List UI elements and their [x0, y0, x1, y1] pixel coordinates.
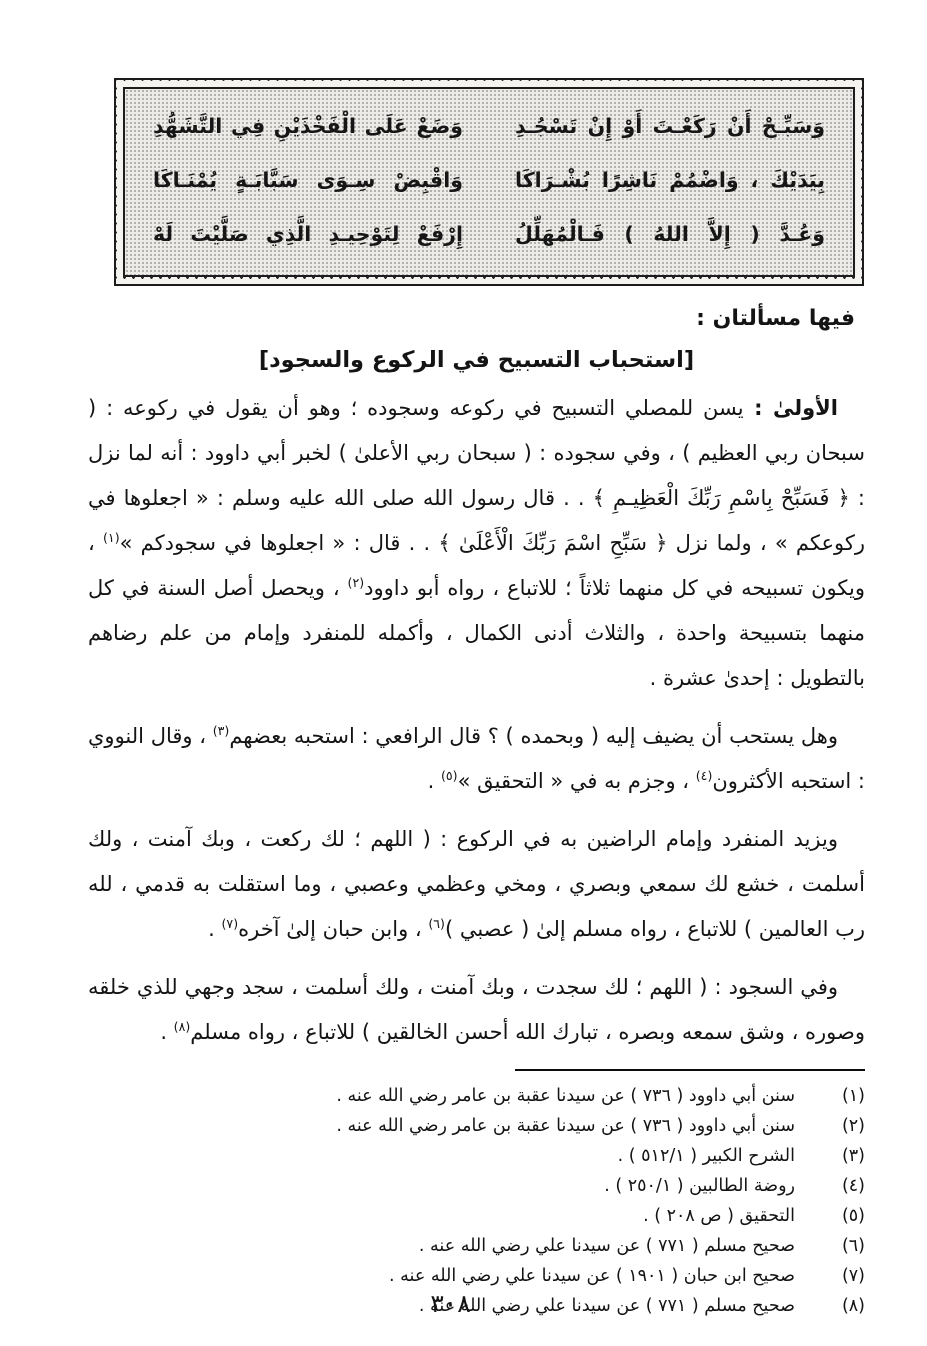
footnote-number: (٧): [819, 1261, 865, 1291]
footnote-row: (١) سنن أبي داوود ( ٧٣٦ ) عن سيدنا عقبة …: [88, 1081, 865, 1111]
footnote-number: (٤): [819, 1171, 865, 1201]
poem-hemistich-right: وَعُـدَّ ( إِلاَّ اللهُ ) فَـالْمُهَلِّل…: [515, 207, 825, 261]
body-paragraph: وفي السجود : ( اللهم ؛ لك سجدت ، وبك آمن…: [88, 965, 865, 1055]
paragraph-text: وفي السجود : ( اللهم ؛ لك سجدت ، وبك آمن…: [88, 975, 865, 1044]
poem-line: وَسَبِّـحْ أَنْ رَكَعْـتَ أَوْ إِنْ تَسْ…: [153, 99, 825, 153]
paragraph-text: وهل يستحب أن يضيف إليه ( وبحمده ) ؟ قال …: [88, 724, 865, 793]
footnote-text: صحيح مسلم ( ٧٧١ ) عن سيدنا علي رضي الله …: [419, 1231, 819, 1261]
footnote-row: (٤) روضة الطالبين ( ٢٥٠/١ ) .: [88, 1171, 865, 1201]
paragraph-text: ويزيد المنفرد وإمام الراضين به في الركوع…: [88, 827, 865, 941]
footnote-row: (٧) صحيح ابن حبان ( ١٩٠١ ) عن سيدنا علي …: [88, 1261, 865, 1291]
book-page: وَسَبِّـحْ أَنْ رَكَعْـتَ أَوْ إِنْ تَسْ…: [0, 0, 927, 1346]
footnote-row: (٥) التحقيق ( ص ٢٠٨ ) .: [88, 1201, 865, 1231]
footnote-text: الشرح الكبير ( ٥١٢/١ ) .: [618, 1141, 819, 1171]
footnote-number: (١): [819, 1081, 865, 1111]
footnote-row: (٢) سنن أبي داوود ( ٧٣٦ ) عن سيدنا عقبة …: [88, 1111, 865, 1141]
page-number: ٣٠٨: [0, 1289, 901, 1318]
footnote-row: (٣) الشرح الكبير ( ٥١٢/١ ) .: [88, 1141, 865, 1171]
footnote-row: (٦) صحيح مسلم ( ٧٧١ ) عن سيدنا علي رضي ا…: [88, 1231, 865, 1261]
poem-hemistich-left: وَضَعْ عَلَى الْفَخْذَيْنِ فِي التَّشَهُ…: [153, 99, 463, 153]
paragraph-lead: الأولىٰ :: [744, 396, 838, 420]
poem-line: بِيَدَيْكَ ، وَاضْمُمْ نَاشِرًا بُشْـرَا…: [153, 153, 825, 207]
footnote-text: سنن أبي داوود ( ٧٣٦ ) عن سيدنا عقبة بن ع…: [336, 1111, 819, 1141]
poem-ornamental-border: وَسَبِّـحْ أَنْ رَكَعْـتَ أَوْ إِنْ تَسْ…: [114, 78, 864, 286]
footnote-number: (٣): [819, 1141, 865, 1171]
footnote-number: (٥): [819, 1201, 865, 1231]
section-heading: [استحباب التسبيح في الركوع والسجود]: [88, 347, 865, 373]
poem-hemistich-left: وَاقْبِضْ سِـوَى سَبَّابَـةٍ يُمْنَـاكَا: [153, 153, 463, 207]
paragraph-text: يسن للمصلي التسبيح في ركوعه وسجوده ؛ وهو…: [88, 396, 865, 690]
footnote-number: (٢): [819, 1111, 865, 1141]
poem-frame: وَسَبِّـحْ أَنْ رَكَعْـتَ أَوْ إِنْ تَسْ…: [123, 87, 855, 277]
poem-hemistich-left: إِرْفَعْ لِتَوْحِيـدِ الَّذِي صَلَّيْتَ …: [153, 207, 463, 261]
footnote-text: التحقيق ( ص ٢٠٨ ) .: [643, 1201, 819, 1231]
footnote-text: صحيح ابن حبان ( ١٩٠١ ) عن سيدنا علي رضي …: [389, 1261, 819, 1291]
poem-hemistich-right: بِيَدَيْكَ ، وَاضْمُمْ نَاشِرًا بُشْـرَا…: [515, 153, 825, 207]
footnote-number: (٦): [819, 1231, 865, 1261]
footnote-text: روضة الطالبين ( ٢٥٠/١ ) .: [604, 1171, 819, 1201]
footnotes-section: (١) سنن أبي داوود ( ٧٣٦ ) عن سيدنا عقبة …: [88, 1081, 865, 1321]
poem-hemistich-right: وَسَبِّـحْ أَنْ رَكَعْـتَ أَوْ إِنْ تَسْ…: [515, 99, 825, 153]
intro-line: فيها مسألتان :: [88, 306, 855, 331]
body-paragraph: وهل يستحب أن يضيف إليه ( وبحمده ) ؟ قال …: [88, 714, 865, 804]
body-paragraph: الأولىٰ : يسن للمصلي التسبيح في ركوعه وس…: [88, 386, 865, 701]
footnote-separator: [515, 1069, 865, 1071]
footnote-text: سنن أبي داوود ( ٧٣٦ ) عن سيدنا عقبة بن ع…: [336, 1081, 819, 1111]
poem-line: وَعُـدَّ ( إِلاَّ اللهُ ) فَـالْمُهَلِّل…: [153, 207, 825, 261]
body-paragraph: ويزيد المنفرد وإمام الراضين به في الركوع…: [88, 817, 865, 952]
